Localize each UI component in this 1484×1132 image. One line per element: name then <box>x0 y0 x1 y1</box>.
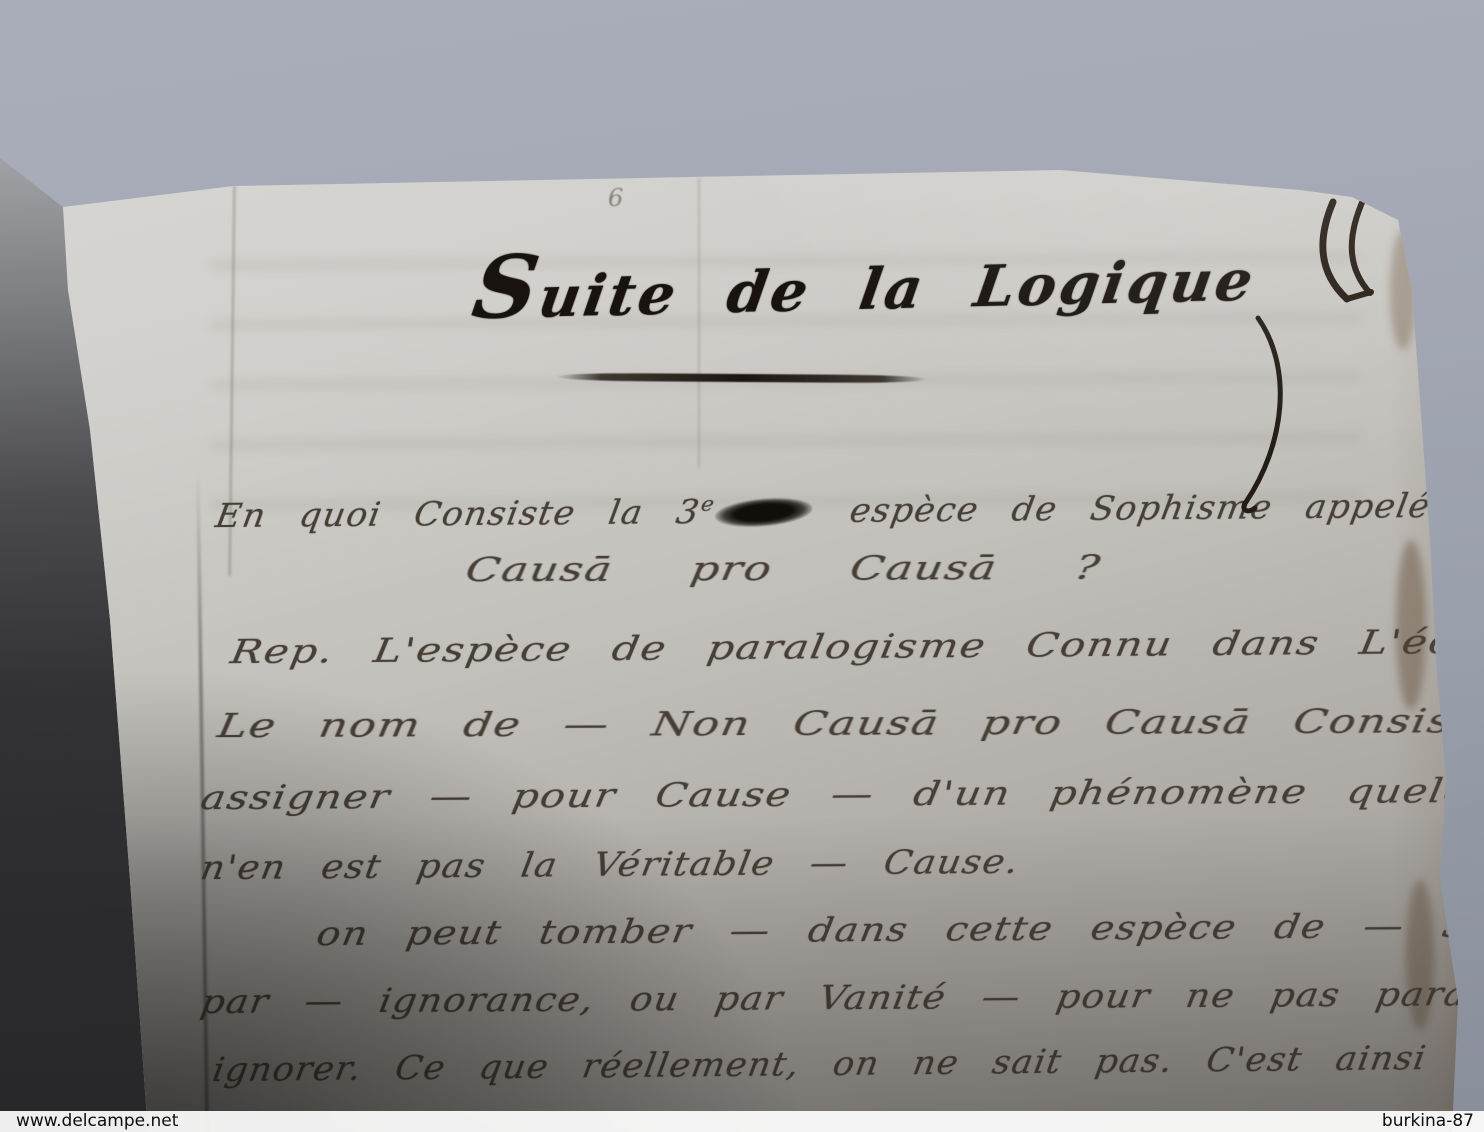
watermark-delcampe: www.delcampe.net <box>16 1111 178 1132</box>
watermark-band: www.delcampe.net burkina-87 <box>0 1111 1484 1132</box>
watermark-seller: burkina-87 <box>1382 1111 1474 1132</box>
photo-of-manuscript: 6 Suite de la Logique En quoi Consiste l… <box>0 0 1484 1132</box>
